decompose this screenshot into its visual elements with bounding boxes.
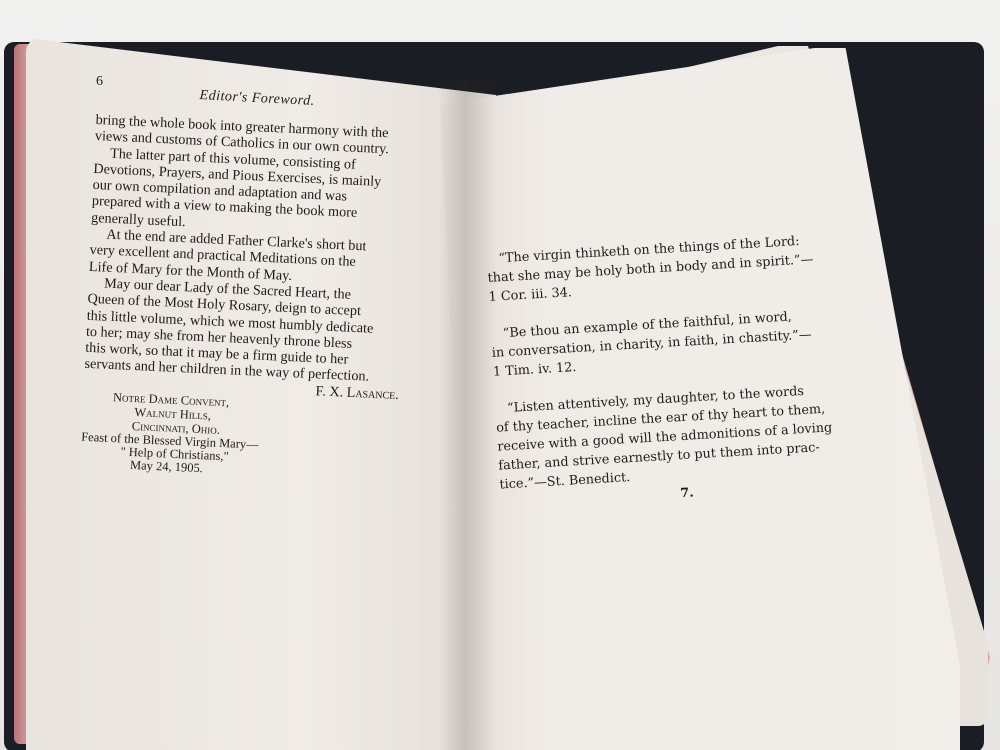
left-page-number: 6 [96, 74, 103, 90]
book-gutter [438, 80, 498, 750]
left-page-body: bring the whole book into greater harmon… [80, 112, 411, 484]
right-page-body: “The virgin thinketh on the things of th… [486, 231, 836, 514]
